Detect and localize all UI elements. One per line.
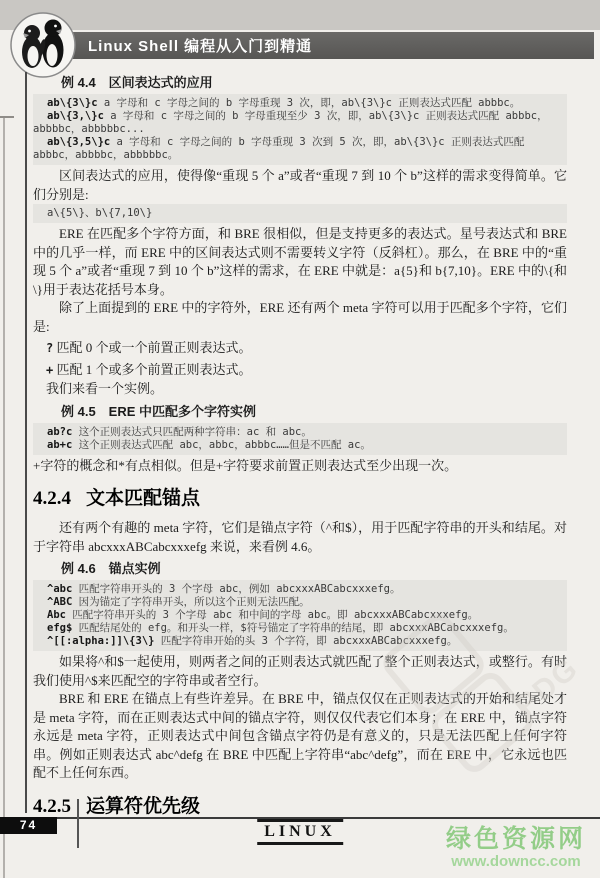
code-line: ab\{3,5\}c a 字母和 c 字母之间的 b 字母重现 3 次到 5 次… xyxy=(33,136,563,162)
code-line: ^abc 匹配字符串开头的 3 个字母 abc，例如 abcxxxABCabcx… xyxy=(33,583,563,596)
meta-char-text: 匹配 0 个或一个前置正则表达式。 xyxy=(53,340,251,355)
code-line: ab?c 这个正则表达式只匹配两种字符串：ac 和 abc。 xyxy=(33,426,563,439)
page-edge-tick xyxy=(0,116,14,118)
regex-pattern: ab\{3\}c xyxy=(47,97,98,109)
pattern-description: a 字母和 c 字母之间的 b 字母重现 3 次，即，ab\{3\}c 正则表达… xyxy=(98,97,521,109)
chapter-header-bar: Linux Shell 编程从入门到精通 xyxy=(56,32,594,59)
section-heading-4-2-5: 4.2.5运算符优先级 xyxy=(33,796,567,818)
page-number: 74 xyxy=(0,817,57,834)
book-title: Linux Shell 编程从入门到精通 xyxy=(88,35,312,56)
code-line: ab+c 这个正则表达式匹配 abc，abbc，abbbc……但是不匹配 ac。 xyxy=(33,439,563,452)
penguin-logo-icon xyxy=(9,11,77,79)
meta-char-text: 匹配 1 个或多个前置正则表达式。 xyxy=(53,362,251,377)
regex-pattern: ^abc xyxy=(47,583,72,595)
example-4-4-title: 例 4.4 区间表达式的应用 xyxy=(61,74,567,91)
meta-char-bullet: ? 匹配 0 个或一个前置正则表达式。 xyxy=(33,339,567,358)
code-block-example-4-4: ab\{3\}c a 字母和 c 字母之间的 b 字母重现 3 次，即，ab\{… xyxy=(33,94,567,165)
scanned-book-page: Linux Shell 编程从入门到精通 例 4.4 区间表达式的应用 ab\{… xyxy=(0,0,600,878)
site-url: www.downcc.com xyxy=(446,853,586,871)
paragraph: ERE 在匹配多个字符方面，和 BRE 很相似，但是支持更多的表达式。星号表达式… xyxy=(33,225,567,299)
page-edge-line xyxy=(3,116,5,878)
code-block-intervals: a\{5\}、b\{7,10\} xyxy=(33,204,567,223)
regex-pattern: ^[[:alpha:]]\{3\} xyxy=(47,635,154,647)
section-number: 4.2.5 xyxy=(33,796,71,817)
regex-pattern: ab\{3,\}c xyxy=(47,110,104,122)
regex-pattern: ab+c xyxy=(47,439,72,451)
regex-pattern: efg$ xyxy=(47,622,72,634)
code-line: ab\{3\}c a 字母和 c 字母之间的 b 字母重现 3 次，即，ab\{… xyxy=(33,97,563,110)
footer-margin-line xyxy=(77,799,79,848)
regex-pattern: Abc xyxy=(47,609,66,621)
page-content: 例 4.4 区间表达式的应用 ab\{3\}c a 字母和 c 字母之间的 b … xyxy=(33,70,567,817)
penguins-icon xyxy=(9,11,77,79)
left-margin-rule xyxy=(25,72,27,813)
site-watermark: 绿色资源网 www.downcc.com xyxy=(446,826,586,871)
paragraph: 我们来看一个实例。 xyxy=(33,380,567,399)
code-line: ^[[:alpha:]]\{3\} 匹配字符串开始的头 3 个字符，即 abcx… xyxy=(33,635,563,648)
meta-char-bullet: + 匹配 1 个或多个前置正则表达式。 xyxy=(33,361,567,380)
code-block-example-4-6: ^abc 匹配字符串开头的 3 个字母 abc，例如 abcxxxABCabcx… xyxy=(33,580,567,651)
pattern-description: 匹配字符串开始的头 3 个字符，即 abcxxxABCabcxxxefg。 xyxy=(154,635,457,647)
code-line: ab\{3,\}c a 字母和 c 字母之间的 b 字母重现至少 3 次，即，a… xyxy=(33,110,563,136)
pattern-description: a 字母和 c 字母之间的 b 字母重现至少 3 次，即，ab\{3\}c 正则… xyxy=(33,110,548,135)
scan-top-strip xyxy=(0,0,600,30)
paragraph: 如果将^和$一起使用，则两者之间的正则表达式就匹配了整个正则表达式，或整行。有时… xyxy=(33,653,567,690)
code-line: efg$ 匹配结尾处的 efg。和开头一样，$符号锚定了字符串的结尾，即 abc… xyxy=(33,622,563,635)
section-heading-4-2-4: 4.2.4文本匹配锚点 xyxy=(33,488,567,510)
paragraph: BRE 和 ERE 在锚点上有些许差异。在 BRE 中，锚点仅仅在正则表达式的开… xyxy=(33,690,567,783)
paragraph: +字符的概念和*有点相似。但是+字符要求前置正则表达式至少出现一次。 xyxy=(33,457,567,476)
regex-pattern: a\{5\}、b\{7,10\} xyxy=(47,207,152,219)
pattern-description: 因为锚定了字符串开头，所以这个正则无法匹配。 xyxy=(72,596,309,608)
regex-pattern: ab?c xyxy=(47,426,72,438)
linux-brand-logo: LINUX xyxy=(257,819,343,845)
example-4-6-title: 例 4.6 锚点实例 xyxy=(61,560,567,577)
pattern-description: 这个正则表达式匹配 abc，abbc，abbbc……但是不匹配 ac。 xyxy=(72,439,371,451)
paragraph: 除了上面提到的 ERE 中的字符外，ERE 还有两个 meta 字符可以用于匹配… xyxy=(33,299,567,336)
section-title: 运算符优先级 xyxy=(86,796,200,817)
regex-pattern: ab\{3,5\}c xyxy=(47,136,110,148)
code-line: a\{5\}、b\{7,10\} xyxy=(33,207,563,220)
pattern-description: 匹配结尾处的 efg。和开头一样，$符号锚定了字符串的结尾，即 abcxxxAB… xyxy=(72,622,514,634)
section-title: 文本匹配锚点 xyxy=(86,488,200,509)
example-4-5-title: 例 4.5 ERE 中匹配多个字符实例 xyxy=(61,403,567,420)
paragraph: 还有两个有趣的 meta 字符，它们是锚点字符（^和$），用于匹配字符串的开头和… xyxy=(33,519,567,556)
code-line: ^ABC 因为锚定了字符串开头，所以这个正则无法匹配。 xyxy=(33,596,563,609)
section-number: 4.2.4 xyxy=(33,488,71,509)
regex-pattern: ^ABC xyxy=(47,596,72,608)
site-name: 绿色资源网 xyxy=(446,826,586,853)
paragraph: 区间表达式的应用，使得像“重现 5 个 a”或者“重现 7 到 10 个 b”这… xyxy=(33,167,567,204)
pattern-description: 这个正则表达式只匹配两种字符串：ac 和 abc。 xyxy=(72,426,312,438)
pattern-description: 匹配字符串开头的 3 个字母 abc 和中间的字母 abc。即 abcxxxAB… xyxy=(66,609,478,621)
pattern-description: 匹配字符串开头的 3 个字母 abc，例如 abcxxxABCabcxxxefg… xyxy=(72,583,400,595)
code-line: Abc 匹配字符串开头的 3 个字母 abc 和中间的字母 abc。即 abcx… xyxy=(33,609,563,622)
code-block-example-4-5: ab?c 这个正则表达式只匹配两种字符串：ac 和 abc。 ab+c 这个正则… xyxy=(33,423,567,455)
